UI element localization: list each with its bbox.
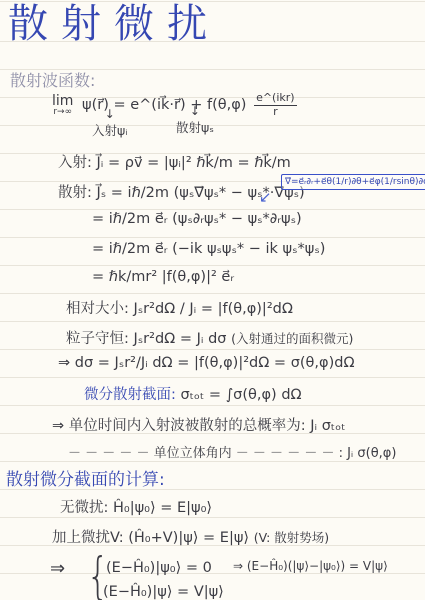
formula-case-1: (E−Ĥ₀)|ψ₀⟩ = 0 bbox=[106, 560, 212, 576]
down-arrow-icon: ↓ bbox=[92, 108, 127, 120]
outgoing-wave-fraction: e^(ikr) r bbox=[254, 92, 297, 118]
annotation-incident-wave: ↓ 入射ψᵢ bbox=[92, 108, 127, 139]
formula-flux-step-1: = iℏ/2m e⃗ᵣ (ψₛ∂ᵣψₛ* − ψₛ*∂ᵣψₛ) bbox=[92, 211, 302, 227]
formula-case-2: (E−Ĥ₀)|ψ⟩ = V|ψ⟩ bbox=[103, 584, 224, 600]
formula-flux-step-2: = iℏ/2m e⃗ᵣ (−ik ψₛψₛ* − ik ψₛ*ψₛ) bbox=[92, 241, 325, 257]
conservation-note: (入射通过的面积微元) bbox=[231, 331, 353, 346]
arrow-to-nabla-box-icon: ↙ bbox=[259, 188, 272, 206]
limit-operator: lim r→∞ bbox=[52, 94, 73, 117]
formula-combined: ⇒ (E−Ĥ₀)(|ψ⟩−|ψ₀⟩) = V|ψ⟩ bbox=[233, 559, 388, 573]
page-title: 散射微扰 bbox=[8, 2, 220, 46]
formula-dsigma: ⇒ dσ = Jₛr²/Jᵢ dΩ = |f(θ,φ)|²dΩ = σ(θ,φ)… bbox=[58, 355, 355, 371]
unperturbed-label: 无微扰: bbox=[60, 500, 108, 516]
formula-particle-conservation: 粒子守恒: Jₛr²dΩ = Jᵢ dσ (入射通过的面积微元) bbox=[66, 327, 353, 348]
formula-relative-size: 相对大小: Jₛr²dΩ / Jᵢ = |f(θ,φ)|²dΩ bbox=[66, 297, 293, 318]
formula-asymptotic-wavefunction: lim r→∞ ψ(r⃗) = e^(ik⃗·r⃗) + f(θ,φ) e^(i… bbox=[52, 92, 297, 118]
formula-flux-step-3: = ℏk/mr² |f(θ,φ)|² e⃗ᵣ bbox=[92, 269, 234, 285]
section-heading-calculation: 散射微分截面的计算: bbox=[6, 465, 165, 490]
incident-label: 入射: bbox=[58, 155, 92, 171]
conservation-label: 粒子守恒: bbox=[66, 331, 129, 347]
formula-incident-flux: 入射: J⃗ᵢ = ρv⃗ = |ψᵢ|² ℏk⃗/m = ℏk⃗/m bbox=[58, 151, 291, 172]
perturbed-label: 加上微扰V: bbox=[52, 530, 124, 546]
nabla-spherical-box: ∇⃗=e⃗ᵣ∂ᵣ+e⃗θ(1/r)∂θ+e⃗φ(1/rsinθ)∂φ bbox=[281, 174, 425, 190]
formula-total-cross-section: 微分散射截面: σₜₒₜ = ∫σ(θ,φ) dΩ bbox=[84, 383, 302, 404]
formula-perturbed: 加上微扰V: (Ĥ₀+V)|ψ⟩ = E|ψ⟩ (V: 散射势场) bbox=[52, 526, 329, 547]
scattered-label: 散射: bbox=[58, 185, 92, 201]
perturbed-note: (V: 散射势场) bbox=[254, 530, 329, 545]
down-arrow-icon: ↓ bbox=[176, 105, 214, 117]
statement-total-probability: ⇒ 单位时间内入射波被散射的总概率为: Jᵢ σₜₒₜ bbox=[52, 414, 345, 435]
handwritten-notes-page: 散射微扰 散射波函数: lim r→∞ ψ(r⃗) = e^(ik⃗·r⃗) +… bbox=[0, 0, 425, 600]
section-heading-wavefunction: 散射波函数: bbox=[10, 68, 95, 91]
diff-cross-section-label: 微分散射截面: bbox=[84, 387, 176, 403]
relative-size-label: 相对大小: bbox=[66, 301, 129, 317]
annotation-scattered-wave: ↓ 散射ψₛ bbox=[176, 105, 214, 136]
implies-arrow: ⇒ bbox=[50, 558, 65, 579]
statement-solid-angle-probability: － － － － － 单位立体角内 － － － － － － : Jᵢ σ(θ,φ) bbox=[68, 442, 396, 461]
formula-unperturbed: 无微扰: Ĥ₀|ψ₀⟩ = E|ψ₀⟩ bbox=[60, 496, 212, 517]
